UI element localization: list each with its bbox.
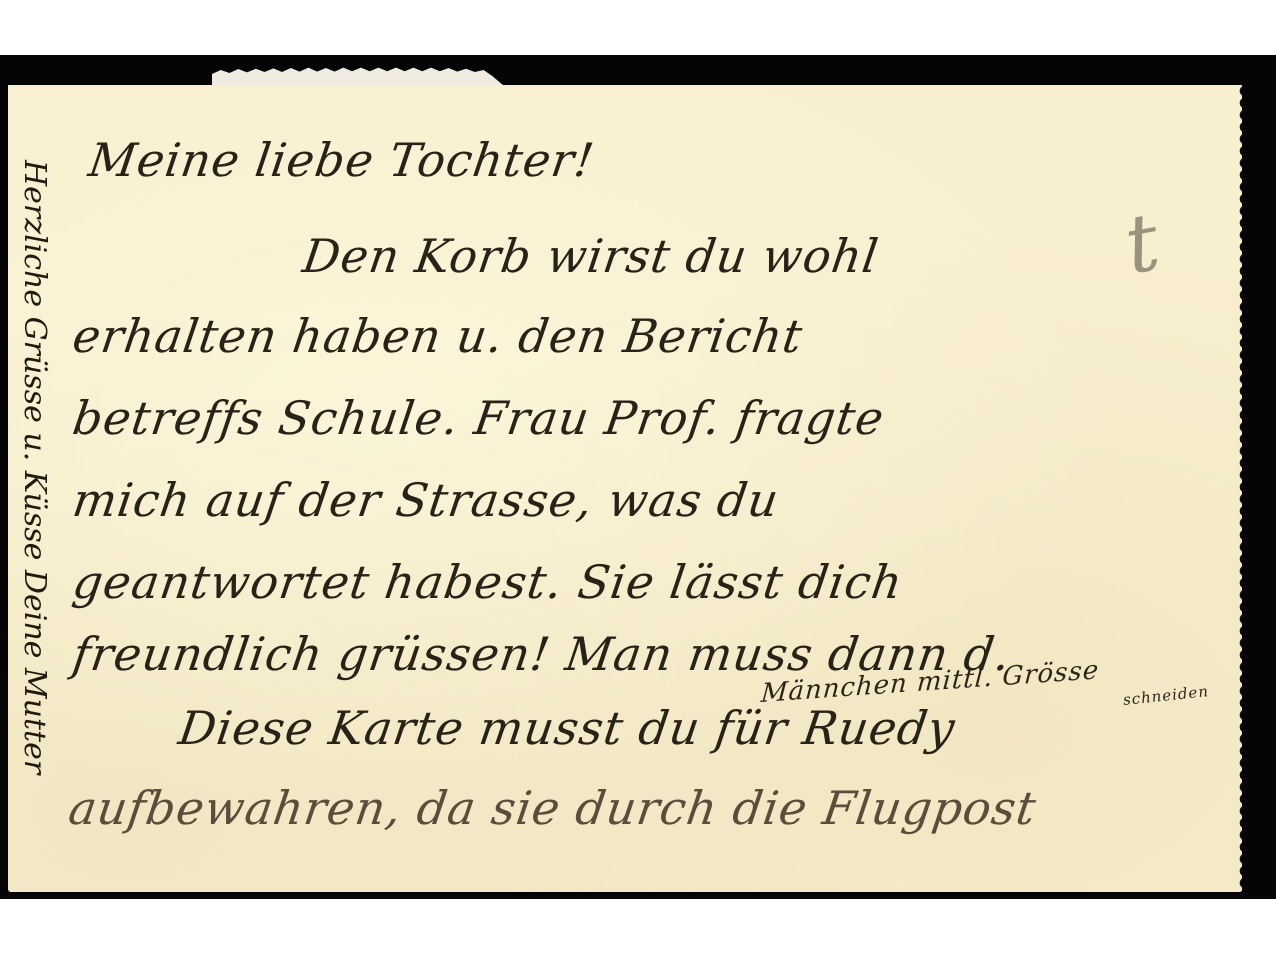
letter-line-1: Den Korb wirst du wohl — [300, 233, 882, 279]
letter-line-8: aufbewahren, da sie durch die Flugpost — [66, 785, 1039, 831]
letter-line-7: Diese Karte musst du für Ruedy — [176, 705, 958, 751]
salutation: Meine liebe Tochter! — [86, 137, 597, 183]
vertical-margin-note: Herzliche Grüsse u. Küsse Deine Mutter — [12, 160, 52, 860]
interlinear-small-note: schneiden — [1122, 682, 1210, 709]
perforated-edge — [1234, 85, 1248, 892]
postcard: t Meine liebe Tochter! Den Korb wirst du… — [8, 85, 1242, 892]
letter-line-2: erhalten haben u. den Bericht — [70, 313, 806, 359]
letter-line-4: mich auf der Strasse, was du — [70, 477, 782, 523]
letter-line-5: geantwortet habest. Sie lässt dich — [70, 559, 906, 605]
letter-line-3: betreffs Schule. Frau Prof. fragte — [70, 395, 887, 441]
pencil-mark: t — [1118, 195, 1166, 292]
